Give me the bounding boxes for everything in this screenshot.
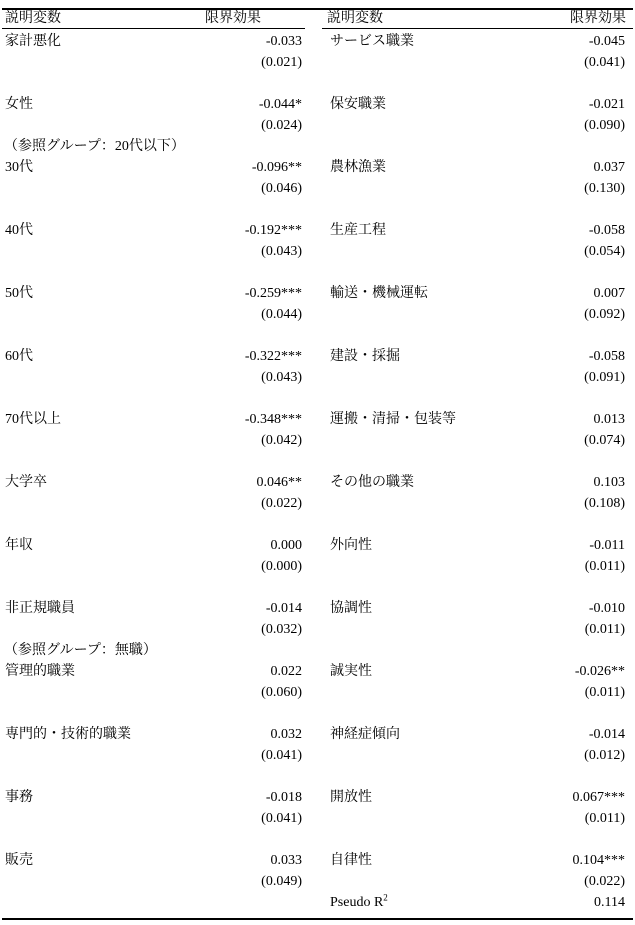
row-gap: [0, 514, 635, 535]
estimate-value-right: 0.104***: [515, 850, 625, 871]
row-gap: [0, 325, 635, 346]
estimate-value-left: 0.046**: [165, 472, 302, 493]
column-gap: [302, 850, 330, 871]
table-row-standard-errors: (0.021)(0.041): [0, 52, 635, 73]
table-row-standard-errors: (0.043)(0.054): [0, 241, 635, 262]
estimate-value-left: -0.033: [165, 31, 302, 52]
table-row-standard-errors: (0.049)(0.022): [0, 871, 635, 892]
empty-cell: [5, 430, 165, 451]
empty-cell: [5, 178, 165, 199]
column-gap: [302, 745, 330, 766]
column-gap: [302, 409, 330, 430]
variable-label-left: 家計悪化: [5, 31, 165, 52]
estimate-value-left: -0.014: [165, 598, 302, 619]
standard-error-left: (0.041): [165, 808, 302, 829]
estimate-value-right: -0.058: [515, 220, 625, 241]
standard-error-left: (0.022): [165, 493, 302, 514]
estimate-value-left: -0.018: [165, 787, 302, 808]
empty-cell: [5, 682, 165, 703]
header-effect-left: 限界効果: [205, 10, 305, 27]
variable-label-left: 専門的・技術的職業: [5, 724, 165, 745]
empty-cell: [330, 556, 515, 577]
empty-cell: [5, 556, 165, 577]
column-gap: [302, 52, 330, 73]
variable-label-left: 70代以上: [5, 409, 165, 430]
variable-label-right: 保安職業: [330, 94, 515, 115]
header-variable-right: 説明変数: [327, 10, 383, 27]
column-gap: [302, 493, 330, 514]
standard-error-left: (0.043): [165, 367, 302, 388]
variable-label-right: 自律性: [330, 850, 515, 871]
column-gap: [302, 94, 330, 115]
pseudo-r2-text: Pseudo R: [330, 895, 383, 910]
header-group-right: 説明変数 限界効果: [322, 10, 633, 29]
standard-error-left: (0.049): [165, 871, 302, 892]
column-gap: [302, 304, 330, 325]
empty-cell: [5, 892, 165, 913]
pseudo-r2-value: 0.114: [515, 892, 625, 913]
variable-label-left: 40代: [5, 220, 165, 241]
estimate-value-right: -0.011: [515, 535, 625, 556]
variable-label-right: 運搬・清掃・包装等: [330, 409, 515, 430]
standard-error-left: (0.041): [165, 745, 302, 766]
standard-error-right: (0.092): [515, 304, 625, 325]
row-gap: [0, 703, 635, 724]
estimate-value-right: 0.067***: [515, 787, 625, 808]
table-row-standard-errors: (0.041)(0.011): [0, 808, 635, 829]
column-gap: [302, 871, 330, 892]
estimate-value-left: 0.032: [165, 724, 302, 745]
estimate-value-left: -0.259***: [165, 283, 302, 304]
column-gap: [302, 787, 330, 808]
estimate-value-left: 0.000: [165, 535, 302, 556]
empty-cell: [5, 304, 165, 325]
header-variable-left: 説明変数: [5, 10, 61, 27]
pseudo-r2-superscript: 2: [383, 892, 388, 902]
standard-error-right: (0.091): [515, 367, 625, 388]
empty-cell: [5, 52, 165, 73]
variable-label-left: 販売: [5, 850, 165, 871]
standard-error-right: (0.041): [515, 52, 625, 73]
column-gap: [302, 178, 330, 199]
variable-label-left: 50代: [5, 283, 165, 304]
row-gap: [0, 262, 635, 283]
empty-cell: [330, 115, 515, 136]
column-gap: [302, 430, 330, 451]
standard-error-left: (0.042): [165, 430, 302, 451]
standard-error-left: (0.060): [165, 682, 302, 703]
table-row-estimates: 50代-0.259***輸送・機械運転0.007: [0, 283, 635, 304]
variable-label-left: 年収: [5, 535, 165, 556]
header-group-left: 説明変数 限界効果: [2, 10, 305, 29]
row-gap: [0, 73, 635, 94]
table-row-standard-errors: (0.024)(0.090): [0, 115, 635, 136]
empty-cell: [330, 808, 515, 829]
table-row-estimates: 年収0.000外向性-0.011: [0, 535, 635, 556]
table-row-estimates: 専門的・技術的職業0.032神経症傾向-0.014: [0, 724, 635, 745]
empty-cell: [5, 619, 165, 640]
column-gap: [302, 535, 330, 556]
standard-error-left: (0.043): [165, 241, 302, 262]
table-body: 家計悪化-0.033サービス職業-0.045(0.021)(0.041)女性-0…: [0, 29, 635, 892]
empty-cell: [5, 241, 165, 262]
standard-error-right: (0.022): [515, 871, 625, 892]
standard-error-left: (0.044): [165, 304, 302, 325]
standard-error-right: (0.054): [515, 241, 625, 262]
empty-cell: [5, 493, 165, 514]
table-row-estimates: 家計悪化-0.033サービス職業-0.045: [0, 31, 635, 52]
estimate-value-right: -0.045: [515, 31, 625, 52]
empty-cell: [5, 115, 165, 136]
table-row-standard-errors: (0.022)(0.108): [0, 493, 635, 514]
estimate-value-left: -0.096**: [165, 157, 302, 178]
column-gap: [302, 619, 330, 640]
table-row-estimates: 大学卒0.046**その他の職業0.103: [0, 472, 635, 493]
table-row-standard-errors: (0.000)(0.011): [0, 556, 635, 577]
standard-error-right: (0.011): [515, 808, 625, 829]
reference-group-note: （参照グループ：20代以下）: [0, 136, 635, 157]
row-gap: [0, 451, 635, 472]
reference-group-note: （参照グループ：無職）: [0, 640, 635, 661]
table-row-standard-errors: (0.043)(0.091): [0, 367, 635, 388]
variable-label-right: 生産工程: [330, 220, 515, 241]
row-gap: [0, 199, 635, 220]
variable-label-left: 女性: [5, 94, 165, 115]
standard-error-right: (0.130): [515, 178, 625, 199]
estimate-value-right: -0.058: [515, 346, 625, 367]
table-row-estimates: 70代以上-0.348***運搬・清掃・包装等0.013: [0, 409, 635, 430]
estimate-value-left: -0.192***: [165, 220, 302, 241]
table-row-standard-errors: (0.042)(0.074): [0, 430, 635, 451]
standard-error-right: (0.011): [515, 619, 625, 640]
table-row-estimates: 販売0.033自律性0.104***: [0, 850, 635, 871]
column-gap: [302, 682, 330, 703]
variable-label-right: 外向性: [330, 535, 515, 556]
estimate-value-right: 0.037: [515, 157, 625, 178]
estimate-value-right: 0.103: [515, 472, 625, 493]
variable-label-right: 誠実性: [330, 661, 515, 682]
estimate-value-left: 0.022: [165, 661, 302, 682]
variable-label-right: 農林漁業: [330, 157, 515, 178]
results-table: 説明変数 限界効果 説明変数 限界効果 家計悪化-0.033サービス職業-0.0…: [0, 0, 635, 925]
column-gap: [302, 115, 330, 136]
table-row-estimates: 事務-0.018開放性0.067***: [0, 787, 635, 808]
column-gap: [302, 661, 330, 682]
variable-label-right: 輸送・機械運転: [330, 283, 515, 304]
variable-label-right: 神経症傾向: [330, 724, 515, 745]
estimate-value-left: -0.322***: [165, 346, 302, 367]
empty-cell: [165, 892, 302, 913]
variable-label-right: 開放性: [330, 787, 515, 808]
standard-error-right: (0.012): [515, 745, 625, 766]
estimate-value-right: -0.026**: [515, 661, 625, 682]
column-gap: [302, 556, 330, 577]
table-row-estimates: 30代-0.096**農林漁業0.037: [0, 157, 635, 178]
empty-cell: [330, 493, 515, 514]
table-row-estimates: 40代-0.192***生産工程-0.058: [0, 220, 635, 241]
column-gap: [302, 598, 330, 619]
empty-cell: [330, 745, 515, 766]
header-effect-right: 限界効果: [570, 10, 633, 27]
column-gap: [302, 808, 330, 829]
table-row-estimates: 非正規職員-0.014協調性-0.010: [0, 598, 635, 619]
row-gap: [0, 577, 635, 598]
table-row-standard-errors: (0.032)(0.011): [0, 619, 635, 640]
estimate-value-right: -0.010: [515, 598, 625, 619]
estimate-value-left: 0.033: [165, 850, 302, 871]
variable-label-right: 協調性: [330, 598, 515, 619]
standard-error-right: (0.108): [515, 493, 625, 514]
variable-label-left: 60代: [5, 346, 165, 367]
variable-label-right: サービス職業: [330, 31, 515, 52]
variable-label-left: 30代: [5, 157, 165, 178]
pseudo-r2-label: Pseudo R2: [330, 892, 515, 913]
estimate-value-right: 0.007: [515, 283, 625, 304]
empty-cell: [330, 682, 515, 703]
row-gap: [0, 388, 635, 409]
column-gap: [302, 472, 330, 493]
estimate-value-left: -0.044*: [165, 94, 302, 115]
standard-error-right: (0.011): [515, 556, 625, 577]
variable-label-left: 非正規職員: [5, 598, 165, 619]
empty-cell: [330, 367, 515, 388]
column-gap: [302, 367, 330, 388]
table-row-standard-errors: (0.044)(0.092): [0, 304, 635, 325]
column-gap: [302, 157, 330, 178]
table-row-estimates: 管理的職業0.022誠実性-0.026**: [0, 661, 635, 682]
estimate-value-right: -0.014: [515, 724, 625, 745]
variable-label-left: 大学卒: [5, 472, 165, 493]
table-row-standard-errors: (0.046)(0.130): [0, 178, 635, 199]
empty-cell: [330, 178, 515, 199]
column-gap: [302, 346, 330, 367]
row-gap: [0, 766, 635, 787]
column-gap: [302, 31, 330, 52]
column-gap: [302, 220, 330, 241]
standard-error-left: (0.046): [165, 178, 302, 199]
empty-cell: [5, 808, 165, 829]
estimate-value-left: -0.348***: [165, 409, 302, 430]
column-gap: [302, 724, 330, 745]
row-gap: [0, 829, 635, 850]
table-row-standard-errors: (0.060)(0.011): [0, 682, 635, 703]
table-rule-bottom: [2, 918, 633, 920]
standard-error-left: (0.000): [165, 556, 302, 577]
standard-error-right: (0.074): [515, 430, 625, 451]
table-row-standard-errors: (0.041)(0.012): [0, 745, 635, 766]
variable-label-left: 事務: [5, 787, 165, 808]
table-row-estimates: 60代-0.322***建設・採掘-0.058: [0, 346, 635, 367]
empty-cell: [330, 430, 515, 451]
pseudo-r2-row: Pseudo R2 0.114: [0, 892, 635, 913]
empty-cell: [330, 52, 515, 73]
empty-cell: [5, 871, 165, 892]
variable-label-right: その他の職業: [330, 472, 515, 493]
variable-label-right: 建設・採掘: [330, 346, 515, 367]
standard-error-left: (0.021): [165, 52, 302, 73]
column-gap: [302, 283, 330, 304]
empty-cell: [330, 241, 515, 262]
standard-error-right: (0.090): [515, 115, 625, 136]
empty-cell: [330, 871, 515, 892]
table-header-row: 説明変数 限界効果 説明変数 限界効果: [2, 10, 633, 29]
empty-cell: [5, 367, 165, 388]
column-gap: [302, 892, 330, 913]
column-gap: [302, 241, 330, 262]
estimate-value-right: -0.021: [515, 94, 625, 115]
empty-cell: [5, 745, 165, 766]
standard-error-left: (0.024): [165, 115, 302, 136]
empty-cell: [330, 619, 515, 640]
estimate-value-right: 0.013: [515, 409, 625, 430]
standard-error-right: (0.011): [515, 682, 625, 703]
empty-cell: [330, 304, 515, 325]
standard-error-left: (0.032): [165, 619, 302, 640]
variable-label-left: 管理的職業: [5, 661, 165, 682]
table-row-estimates: 女性-0.044*保安職業-0.021: [0, 94, 635, 115]
